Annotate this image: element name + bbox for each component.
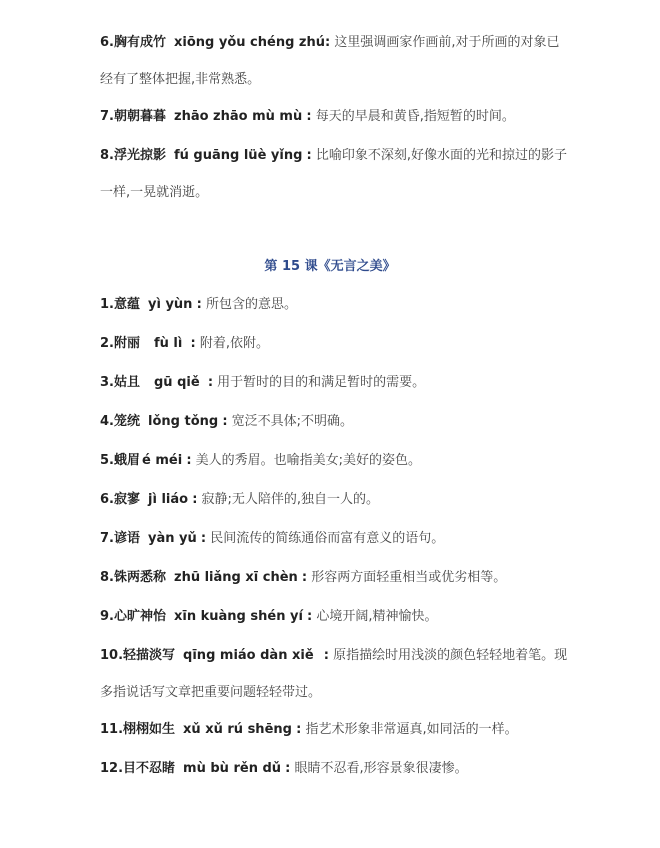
vocab-entry-8: 8.铢两悉称zhū liǎng xī chèn : 形容两方面轻重相当或优劣相等… bbox=[100, 570, 580, 586]
entry-definition-continued: 多指说话写文章把重要问题轻轻带过。 bbox=[100, 685, 321, 700]
entry-colon: : bbox=[191, 336, 196, 351]
entry-colon: : bbox=[296, 722, 301, 737]
entry-definition: 形容两方面轻重相当或优劣相等。 bbox=[311, 570, 506, 585]
entry-term: 轻描淡写 bbox=[123, 648, 175, 663]
entry-colon: : bbox=[222, 414, 227, 429]
entry-term: 朝朝暮暮 bbox=[114, 109, 166, 124]
vocab-entry-7: 7.谚语yàn yǔ : 民间流传的简练通俗而富有意义的语句。 bbox=[100, 531, 580, 547]
entry-term: 附丽 bbox=[114, 336, 140, 351]
entry-pinyin: fú guāng lüè yǐng bbox=[174, 148, 302, 163]
entry-colon: : bbox=[186, 453, 191, 468]
vocab-entry-12: 12.目不忍睹mù bù rěn dǔ : 眼睛不忍看,形容景象很凄惨。 bbox=[100, 761, 580, 777]
entry-number: 7. bbox=[100, 109, 114, 124]
entry-pinyin: zhū liǎng xī chèn bbox=[174, 570, 298, 585]
entry-number: 3. bbox=[100, 375, 114, 390]
vocab-entry-2: 2.附丽fù lì : 附着,依附。 bbox=[100, 336, 580, 352]
entry-pinyin: xǔ xǔ rú shēng bbox=[183, 722, 292, 737]
entry-definition: 每天的早晨和黄昏,指短暂的时间。 bbox=[316, 109, 515, 124]
document-page: 6.胸有成竹xiōng yǒu chéng zhú: 这里强调画家作画前,对于所… bbox=[0, 0, 660, 848]
entry-colon: : bbox=[208, 375, 213, 390]
entry-definition: 眼睛不忍看,形容景象很凄惨。 bbox=[295, 761, 468, 776]
entry-definition: 心境开阔,精神愉快。 bbox=[316, 609, 437, 624]
entry-term: 蛾眉 bbox=[114, 453, 140, 468]
entry-term: 铢两悉称 bbox=[114, 570, 166, 585]
entry-term: 姑且 bbox=[114, 375, 140, 390]
entry-definition-continued: 一样,一晃就消逝。 bbox=[100, 185, 208, 200]
entry-term: 目不忍睹 bbox=[123, 761, 175, 776]
entry-definition: 宽泛不具体;不明确。 bbox=[232, 414, 353, 429]
entry-definition: 美人的秀眉。也喻指美女;美好的姿色。 bbox=[196, 453, 421, 468]
entry-term: 胸有成竹 bbox=[114, 35, 166, 50]
vocab-entry-6: 6.寂寥jì liáo : 寂静;无人陪伴的,独自一人的。 bbox=[100, 492, 580, 508]
entry-term: 栩栩如生 bbox=[123, 722, 175, 737]
entry-term: 笼统 bbox=[114, 414, 140, 429]
entry-colon: : bbox=[307, 609, 312, 624]
entry-number: 7. bbox=[100, 531, 114, 546]
entry-number: 4. bbox=[100, 414, 114, 429]
entry-pinyin: gū qiě bbox=[154, 375, 200, 390]
entry-term: 浮光掠影 bbox=[114, 148, 166, 163]
entry-number: 8. bbox=[100, 148, 114, 163]
entry-pinyin: jì liáo bbox=[148, 492, 188, 507]
entry-term: 意蕴 bbox=[114, 297, 140, 312]
entry-definition: 原指描绘时用浅淡的颜色轻轻地着笔。现 bbox=[333, 648, 567, 663]
entry-colon: : bbox=[325, 35, 330, 50]
vocab-entry-1: 1.意蕴yì yùn : 所包含的意思。 bbox=[100, 297, 580, 313]
entry-definition-continued: 经有了整体把握,非常熟悉。 bbox=[100, 72, 260, 87]
entry-pinyin: qīng miáo dàn xiě bbox=[183, 648, 314, 663]
lesson-heading: 第 15 课《无言之美》 bbox=[0, 259, 660, 275]
entry-colon: : bbox=[307, 148, 312, 163]
entry-number: 10. bbox=[100, 648, 123, 663]
entry-pinyin: xīn kuàng shén yí bbox=[174, 609, 303, 624]
vocab-entry-5: 5.蛾眉é méi : 美人的秀眉。也喻指美女;美好的姿色。 bbox=[100, 453, 580, 469]
vocab-entry-prev-6: 6.胸有成竹xiōng yǒu chéng zhú: 这里强调画家作画前,对于所… bbox=[100, 35, 580, 51]
entry-term: 谚语 bbox=[114, 531, 140, 546]
vocab-entry-9: 9.心旷神怡xīn kuàng shén yí : 心境开阔,精神愉快。 bbox=[100, 609, 580, 625]
entry-definition: 比喻印象不深刻,好像水面的光和掠过的影子 bbox=[316, 148, 567, 163]
entry-number: 2. bbox=[100, 336, 114, 351]
entry-definition: 所包含的意思。 bbox=[206, 297, 297, 312]
entry-colon: : bbox=[285, 761, 290, 776]
entry-colon: : bbox=[302, 570, 307, 585]
entry-number: 1. bbox=[100, 297, 114, 312]
entry-pinyin: é méi bbox=[142, 453, 182, 468]
entry-number: 6. bbox=[100, 492, 114, 507]
entry-colon: : bbox=[197, 297, 202, 312]
entry-number: 12. bbox=[100, 761, 123, 776]
entry-definition: 指艺术形象非常逼真,如同活的一样。 bbox=[305, 722, 517, 737]
entry-number: 8. bbox=[100, 570, 114, 585]
entry-pinyin: mù bù rěn dǔ bbox=[183, 761, 281, 776]
vocab-entry-prev-7: 7.朝朝暮暮zhāo zhāo mù mù : 每天的早晨和黄昏,指短暂的时间。 bbox=[100, 109, 580, 125]
vocab-entry-10: 10.轻描淡写qīng miáo dàn xiě : 原指描绘时用浅淡的颜色轻轻… bbox=[100, 648, 580, 664]
vocab-entry-11: 11.栩栩如生xǔ xǔ rú shēng : 指艺术形象非常逼真,如同活的一样… bbox=[100, 722, 580, 738]
entry-colon: : bbox=[192, 492, 197, 507]
entry-definition: 附着,依附。 bbox=[200, 336, 269, 351]
entry-colon: : bbox=[324, 648, 329, 663]
entry-definition: 民间流传的简练通俗而富有意义的语句。 bbox=[210, 531, 444, 546]
entry-pinyin: yì yùn bbox=[148, 297, 192, 312]
entry-definition: 这里强调画家作画前,对于所画的对象已 bbox=[334, 35, 559, 50]
vocab-entry-prev-8-cont: 一样,一晃就消逝。 bbox=[100, 185, 580, 201]
vocab-entry-4: 4.笼统lǒng tǒng : 宽泛不具体;不明确。 bbox=[100, 414, 580, 430]
entry-number: 9. bbox=[100, 609, 114, 624]
entry-colon: : bbox=[306, 109, 311, 124]
entry-definition: 用于暂时的目的和满足暂时的需要。 bbox=[217, 375, 425, 390]
entry-pinyin: lǒng tǒng bbox=[148, 414, 218, 429]
entry-number: 5. bbox=[100, 453, 114, 468]
vocab-entry-10-cont: 多指说话写文章把重要问题轻轻带过。 bbox=[100, 685, 580, 701]
entry-number: 11. bbox=[100, 722, 123, 737]
vocab-entry-prev-8: 8.浮光掠影fú guāng lüè yǐng : 比喻印象不深刻,好像水面的光… bbox=[100, 148, 580, 164]
entry-number: 6. bbox=[100, 35, 114, 50]
entry-definition: 寂静;无人陪伴的,独自一人的。 bbox=[202, 492, 380, 507]
entry-pinyin: xiōng yǒu chéng zhú bbox=[174, 35, 325, 50]
entry-term: 心旷神怡 bbox=[114, 609, 166, 624]
entry-pinyin: zhāo zhāo mù mù bbox=[174, 109, 302, 124]
entry-colon: : bbox=[201, 531, 206, 546]
vocab-entry-prev-6-cont: 经有了整体把握,非常熟悉。 bbox=[100, 72, 580, 88]
entry-pinyin: fù lì bbox=[154, 336, 182, 351]
vocab-entry-3: 3.姑且gū qiě : 用于暂时的目的和满足暂时的需要。 bbox=[100, 375, 580, 391]
entry-pinyin: yàn yǔ bbox=[148, 531, 197, 546]
entry-term: 寂寥 bbox=[114, 492, 140, 507]
